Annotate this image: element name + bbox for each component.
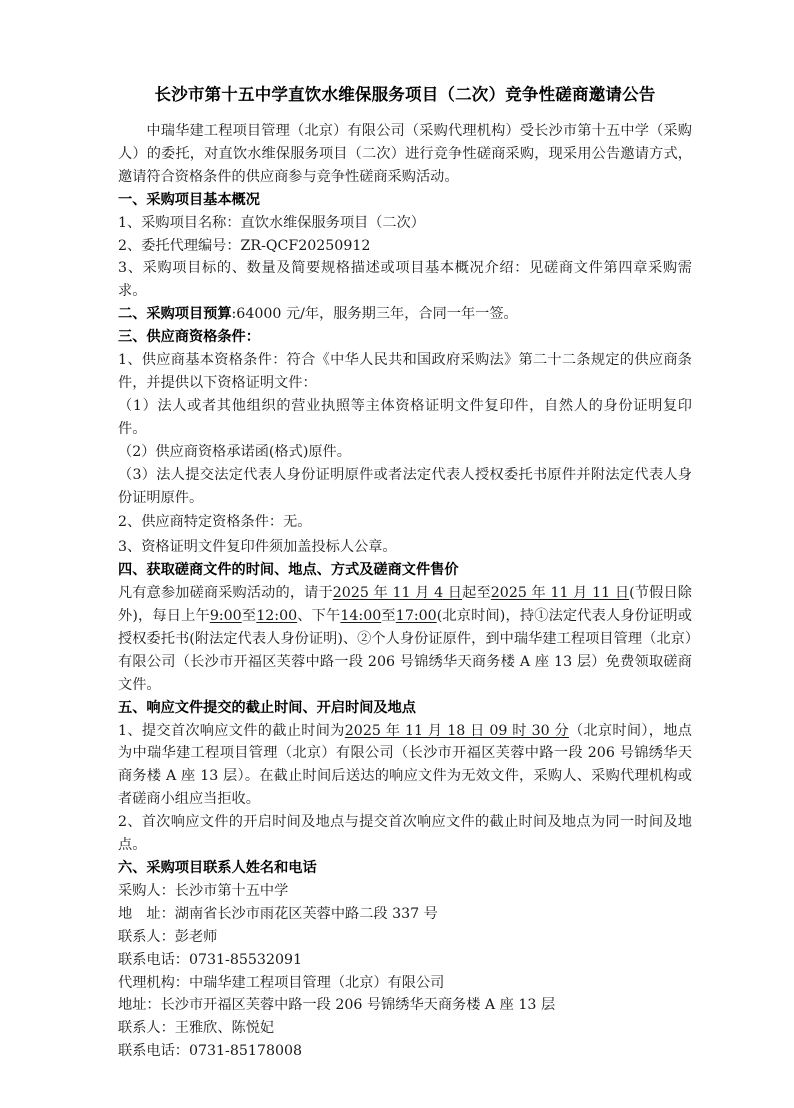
announcement-page: 长沙市第十五中学直饮水维保服务项目（二次）竞争性磋商邀请公告 中瑞华建工程项目管… [118,84,692,1063]
s1-item-1: 1、采购项目名称：直饮水维保服务项目（二次） [118,212,692,235]
s5-item-2: 2、首次响应文件的开启时间及地点与提交首次响应文件的截止时间及地点为同一时间及地… [118,811,692,857]
purchaser-contact: 联系人：彭老师 [118,926,692,949]
budget-text: :64000 元/年，服务期三年，合同一年一签。 [232,306,518,322]
agency-address: 地址：长沙市开福区芙蓉中路一段 206 号锦绣华天商务楼 A 座 13 层 [118,994,692,1017]
agency-name: 代理机构：中瑞华建工程项目管理（北京）有限公司 [118,972,692,995]
section-2: 二、采购项目预算:64000 元/年，服务期三年，合同一年一签。 [118,303,692,326]
submission-deadline: 2025 年 11 月 18 日 09 时 30 分 [345,723,569,739]
s4-text-e: 、下午 [297,608,340,624]
pm-start-time: 14:00 [340,608,381,624]
section-5-heading: 五、响应文件提交的截止时间、开启时间及地点 [118,697,692,720]
s5-item-1: 1、提交首次响应文件的截止时间为2025 年 11 月 18 日 09 时 30… [118,720,692,812]
s3-item-2: 2、供应商特定资格条件：无。 [118,511,692,534]
s3-item-3: 3、资格证明文件复印件须加盖投标人公章。 [118,536,692,559]
purchaser-address: 地 址：湖南省长沙市雨花区芙蓉中路二段 337 号 [118,903,692,926]
page-title: 长沙市第十五中学直饮水维保服务项目（二次）竞争性磋商邀请公告 [118,84,692,106]
agency-phone: 联系电话：0731-85178008 [118,1040,692,1063]
s3-sub-1: （1）法人或者其他组织的营业执照等主体资格证明文件复印件，自然人的身份证明复印件… [118,395,692,441]
s5-text-a: 1、提交首次响应文件的截止时间为 [118,723,345,739]
s4-text-d: 至 [242,608,257,624]
intro-paragraph: 中瑞华建工程项目管理（北京）有限公司（采购代理机构）受长沙市第十五中学（采购人）… [118,120,692,189]
s4-text-f: 至 [381,608,396,624]
s4-paragraph: 凡有意参加磋商采购活动的，请于2025 年 11 月 4 日起至2025 年 1… [118,582,692,697]
am-end-time: 12:00 [256,608,297,624]
s1-item-3: 3、采购项目标的、数量及简要规格描述或项目基本概况介绍：见磋商文件第四章采购需求… [118,257,692,303]
section-1-heading: 一、采购项目基本概况 [118,189,692,212]
s4-text-b: 起至 [462,585,491,601]
purchaser-phone: 联系电话：0731-85532091 [118,949,692,972]
am-start-time: 9:00 [210,608,242,624]
pm-end-time: 17:00 [396,608,437,624]
section-2-heading: 二、采购项目预算 [118,306,232,322]
section-6-heading: 六、采购项目联系人姓名和电话 [118,857,692,880]
purchaser-name: 采购人：长沙市第十五中学 [118,880,692,903]
end-date: 2025 年 11 月 11 日 [491,585,629,601]
section-4-heading: 四、获取磋商文件的时间、地点、方式及磋商文件售价 [118,559,692,582]
s3-sub-3: （3）法人提交法定代表人身份证明原件或者法定代表人授权委托书原件并附法定代表人身… [118,464,692,510]
s1-item-2: 2、委托代理编号：ZR-QCF20250912 [118,235,692,258]
agency-contacts: 联系人：王雅欣、陈悦妃 [118,1017,692,1040]
s4-text-a: 凡有意参加磋商采购活动的，请于 [118,585,333,601]
start-date: 2025 年 11 月 4 日 [333,585,462,601]
s3-sub-2: （2）供应商资格承诺函(格式)原件。 [118,441,692,464]
section-3-heading: 三、供应商资格条件： [118,326,692,349]
s3-item-1: 1、供应商基本资格条件：符合《中华人民共和国政府采购法》第二十二条规定的供应商条… [118,349,692,395]
